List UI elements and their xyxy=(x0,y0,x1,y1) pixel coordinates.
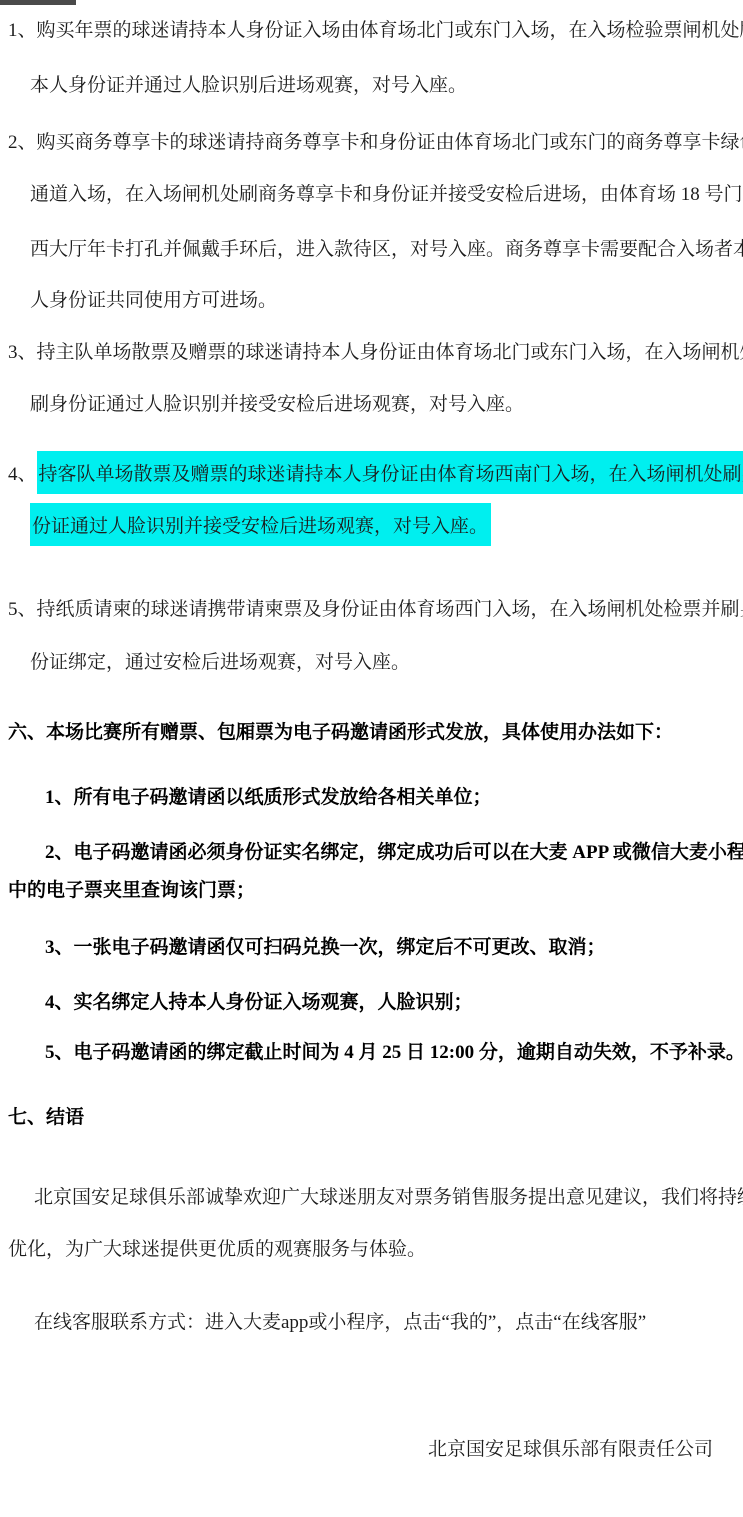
item-4-highlighted-text-2: 份证通过人脸识别并接受安检后进场观赛，对号入座。 xyxy=(30,503,491,546)
item-2-line-1: 2、购买商务尊享卡的球迷请持商务尊享卡和身份证由体育场北门或东门的商务尊享卡绿色 xyxy=(8,130,735,156)
item-2-line-2: 通道入场，在入场闸机处刷商务尊享卡和身份证并接受安检后进场，由体育场 18 号门 xyxy=(8,182,735,208)
item-3-line-1: 3、持主队单场散票及赠票的球迷请持本人身份证由体育场北门或东门入场，在入场闸机处 xyxy=(8,340,735,366)
item-4-number: 4、 xyxy=(8,464,37,485)
section-7-paragraph-line-2: 优化，为广大球迷提供更优质的观赛服务与体验。 xyxy=(8,1237,735,1263)
item-5-line-2: 份证绑定，通过安检后进场观赛，对号入座。 xyxy=(8,650,735,676)
item-1-line-1: 1、购买年票的球迷请持本人身份证入场由体育场北门或东门入场，在入场检验票闸机处刷 xyxy=(8,18,735,44)
section-7-paragraph-line-1: 北京国安足球俱乐部诚挚欢迎广大球迷朋友对票务销售服务提出意见建议，我们将持续 xyxy=(8,1185,735,1211)
section-6-heading: 六、本场比赛所有赠票、包厢票为电子码邀请函形式发放，具体使用办法如下： xyxy=(8,720,735,746)
section-6-sub-item-2-line-2: 中的电子票夹里查询该门票； xyxy=(8,878,735,904)
section-6-sub-item-5: 5、电子码邀请函的绑定截止时间为 4 月 25 日 12:00 分，逾期自动失效… xyxy=(8,1040,735,1066)
section-7-heading: 七、结语 xyxy=(8,1105,735,1131)
section-6-sub-item-4: 4、实名绑定人持本人身份证入场观赛，人脸识别； xyxy=(8,990,735,1016)
document-page: 1、购买年票的球迷请持本人身份证入场由体育场北门或东门入场，在入场检验票闸机处刷… xyxy=(0,0,743,1463)
item-3-line-2: 刷身份证通过人脸识别并接受安检后进场观赛，对号入座。 xyxy=(8,392,735,418)
company-signature: 北京国安足球俱乐部有限责任公司 xyxy=(8,1437,735,1463)
item-1-line-2: 本人身份证并通过人脸识别后进场观赛，对号入座。 xyxy=(8,73,735,99)
item-2-line-4: 人身份证共同使用方可进场。 xyxy=(8,288,735,314)
section-6-sub-item-2-line-1: 2、电子码邀请函必须身份证实名绑定，绑定成功后可以在大麦 APP 或微信大麦小程… xyxy=(8,840,735,866)
item-4-highlighted-text-1: 持客队单场散票及赠票的球迷请持本人身份证由体育场西南门入场，在入场闸机处刷身 xyxy=(37,451,743,494)
section-6-sub-item-1: 1、所有电子码邀请函以纸质形式发放给各相关单位； xyxy=(8,785,735,811)
item-2-line-3: 西大厅年卡打孔并佩戴手环后，进入款待区，对号入座。商务尊享卡需要配合入场者本 xyxy=(8,237,735,263)
section-6-sub-item-3: 3、一张电子码邀请函仅可扫码兑换一次，绑定后不可更改、取消； xyxy=(8,935,735,961)
item-4-line-2: 份证通过人脸识别并接受安检后进场观赛，对号入座。 xyxy=(8,514,735,540)
contact-info-line: 在线客服联系方式：进入大麦app或小程序，点击“我的”，点击“在线客服” xyxy=(8,1310,735,1336)
item-5-line-1: 5、持纸质请柬的球迷请携带请柬票及身份证由体育场西门入场，在入场闸机处检票并刷身 xyxy=(8,597,735,623)
top-edge-artifact xyxy=(0,0,76,5)
item-4-line-1: 4、持客队单场散票及赠票的球迷请持本人身份证由体育场西南门入场，在入场闸机处刷身 xyxy=(8,462,735,488)
